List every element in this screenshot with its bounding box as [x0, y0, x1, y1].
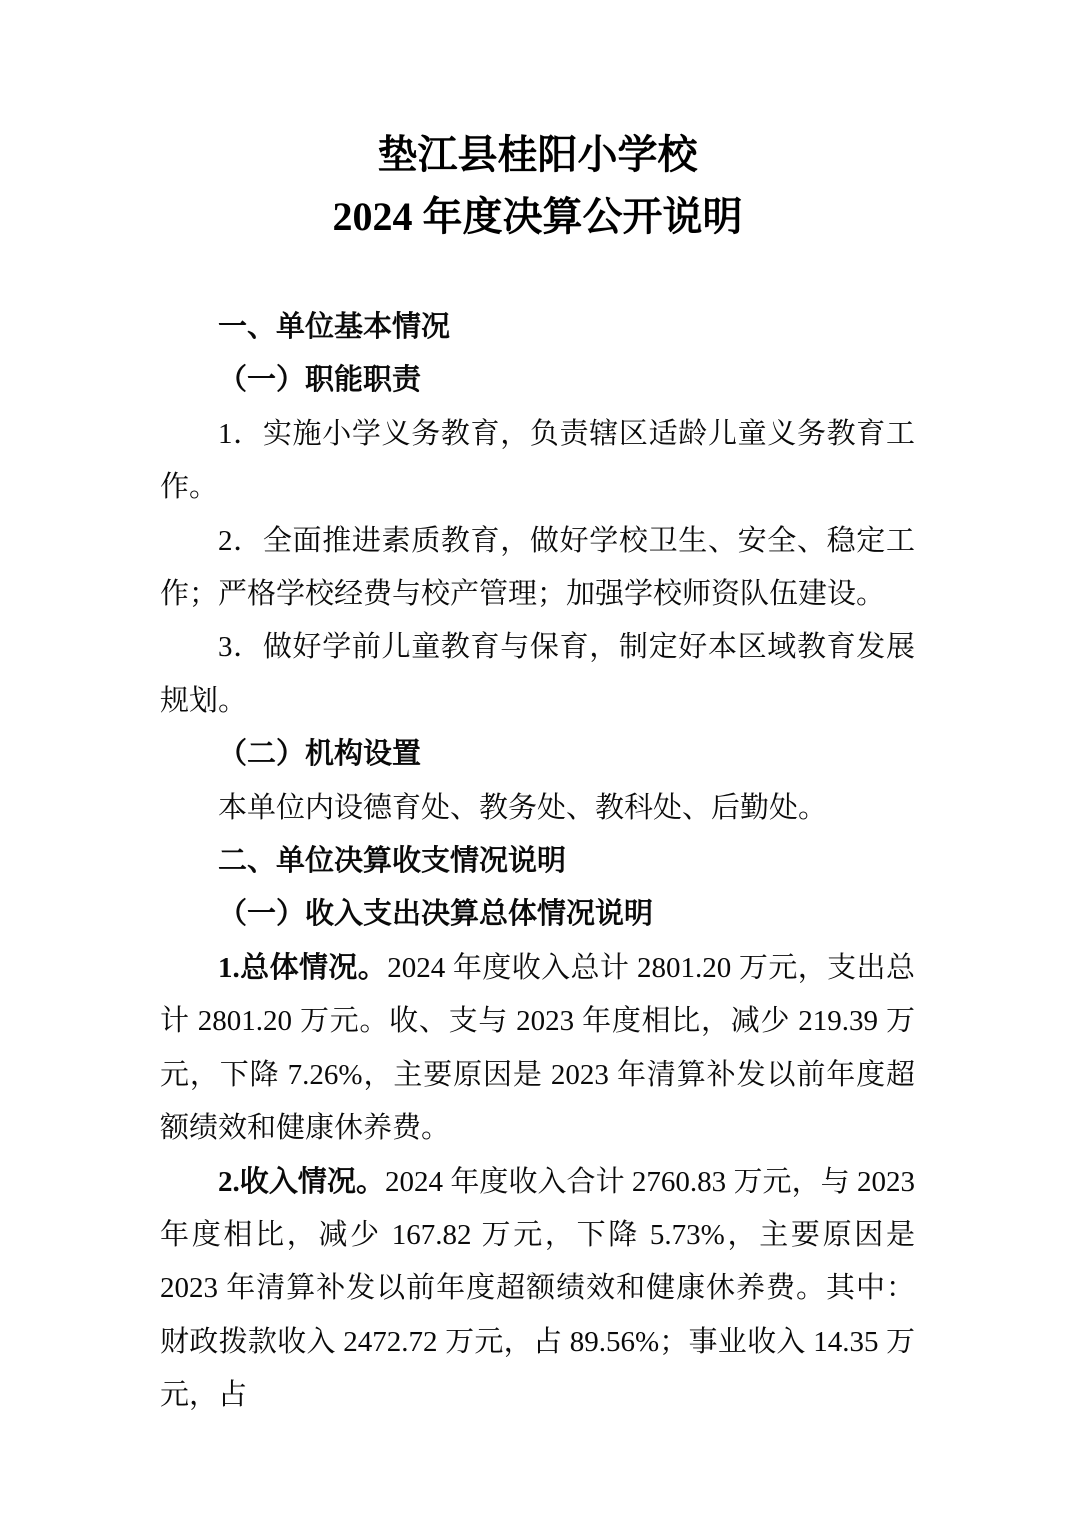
paragraph-income-situation: 2.收入情况。2024 年度收入合计 2760.83 万元，与 2023 年度相…	[160, 1156, 915, 1423]
section-heading-budget-final-accounts: 二、单位决算收支情况说明	[160, 835, 915, 888]
document-title-line1: 垫江县桂阳小学校	[160, 124, 915, 186]
paragraph-income-situation-body: 2024 年度收入合计 2760.83 万元，与 2023 年度相比，减少 16…	[160, 1166, 915, 1412]
paragraph-duty-2: 2．全面推进素质教育，做好学校卫生、安全、稳定工作；严格学校经费与校产管理；加强…	[160, 515, 915, 622]
paragraph-organization: 本单位内设德育处、教务处、教科处、后勤处。	[160, 782, 915, 835]
document-body: 一、单位基本情况 （一）职能职责 1．实施小学义务教育，负责辖区适龄儿童义务教育…	[160, 301, 915, 1423]
paragraph-overall-situation-lead: 1.总体情况。	[218, 952, 387, 984]
paragraph-duty-1: 1．实施小学义务教育，负责辖区适龄儿童义务教育工作。	[160, 408, 915, 515]
document-page: 垫江县桂阳小学校 2024 年度决算公开说明 一、单位基本情况 （一）职能职责 …	[0, 0, 1075, 1520]
subsection-heading-income-expense-overview: （一）收入支出决算总体情况说明	[160, 888, 915, 941]
document-title: 垫江县桂阳小学校 2024 年度决算公开说明	[160, 124, 915, 248]
section-heading-unit-basic-info: 一、单位基本情况	[160, 301, 915, 354]
paragraph-duty-3: 3．做好学前儿童教育与保育，制定好本区域教育发展规划。	[160, 621, 915, 728]
document-title-line2: 2024 年度决算公开说明	[160, 186, 915, 248]
paragraph-overall-situation: 1.总体情况。2024 年度收入总计 2801.20 万元，支出总计 2801.…	[160, 942, 915, 1156]
subsection-heading-organization: （二）机构设置	[160, 728, 915, 781]
paragraph-income-situation-lead: 2.收入情况。	[218, 1166, 385, 1198]
subsection-heading-duties: （一）职能职责	[160, 354, 915, 407]
